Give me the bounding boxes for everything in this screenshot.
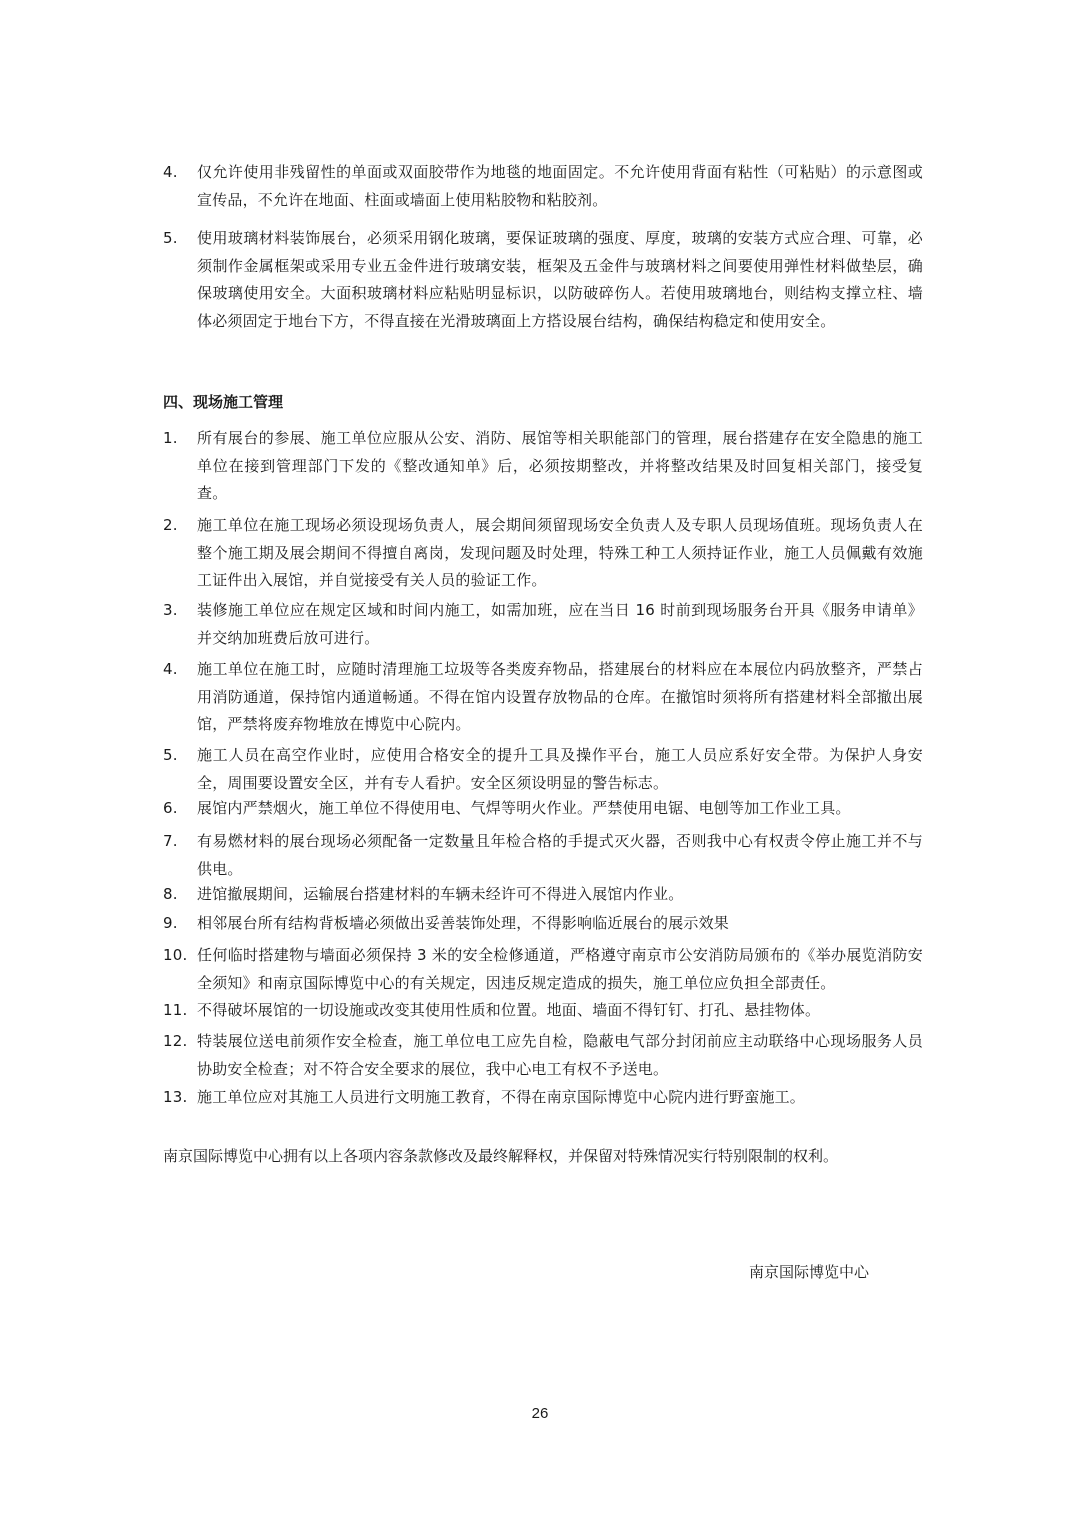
list-item: 10. 任何临时搭建物与墙面必须保持 3 米的安全检修通道，严格遵守南京市公安消…: [163, 942, 923, 997]
document-page: 4. 仅允许使用非残留性的单面或双面胶带作为地毯的地面固定。不允许使用背面有粘性…: [0, 0, 1080, 1527]
item-text: 展馆内严禁烟火，施工单位不得使用电、气焊等明火作业。严禁使用电锯、电刨等加工作业…: [197, 795, 923, 823]
list-item: 5. 使用玻璃材料装饰展台，必须采用钢化玻璃，要保证玻璃的强度、厚度，玻璃的安装…: [163, 225, 923, 335]
list-item: 12. 特装展位送电前须作安全检查，施工单位电工应先自检，隐蔽电气部分封闭前应主…: [163, 1028, 923, 1083]
list-item: 1. 所有展台的参展、施工单位应服从公安、消防、展馆等相关职能部门的管理，展台搭…: [163, 425, 923, 508]
list-item: 7. 有易燃材料的展台现场必须配备一定数量且年检合格的手提式灭火器，否则我中心有…: [163, 828, 923, 883]
item-text: 进馆撤展期间，运输展台搭建材料的车辆未经许可不得进入展馆内作业。: [197, 881, 923, 909]
item-number: 4.: [163, 656, 195, 684]
item-text: 装修施工单位应在规定区域和时间内施工，如需加班，应在当日 16 时前到现场服务台…: [197, 597, 923, 652]
item-number: 12.: [163, 1028, 195, 1056]
item-text: 施工单位应对其施工人员进行文明施工教育，不得在南京国际博览中心院内进行野蛮施工。: [197, 1084, 923, 1112]
section-heading: 四、现场施工管理: [163, 389, 283, 416]
page-number: 26: [0, 1400, 1080, 1427]
list-item: 6. 展馆内严禁烟火，施工单位不得使用电、气焊等明火作业。严禁使用电锯、电刨等加…: [163, 795, 923, 823]
item-text: 使用玻璃材料装饰展台，必须采用钢化玻璃，要保证玻璃的强度、厚度，玻璃的安装方式应…: [197, 225, 923, 335]
list-item: 2. 施工单位在施工现场必须设现场负责人，展会期间须留现场安全负责人及专职人员现…: [163, 512, 923, 595]
item-text: 仅允许使用非残留性的单面或双面胶带作为地毯的地面固定。不允许使用背面有粘性（可粘…: [197, 159, 923, 214]
item-number: 13.: [163, 1084, 195, 1112]
item-text: 任何临时搭建物与墙面必须保持 3 米的安全检修通道，严格遵守南京市公安消防局颁布…: [197, 942, 923, 997]
item-number: 1.: [163, 425, 195, 453]
list-item: 8. 进馆撤展期间，运输展台搭建材料的车辆未经许可不得进入展馆内作业。: [163, 881, 923, 909]
list-item: 9. 相邻展台所有结构背板墙必须做出妥善装饰处理，不得影响临近展台的展示效果: [163, 910, 923, 938]
item-number: 11.: [163, 997, 195, 1025]
item-number: 10.: [163, 942, 195, 970]
item-text: 施工单位在施工时，应随时清理施工垃圾等各类废弃物品，搭建展台的材料应在本展位内码…: [197, 656, 923, 739]
item-text: 施工单位在施工现场必须设现场负责人，展会期间须留现场安全负责人及专职人员现场值班…: [197, 512, 923, 595]
list-item: 11. 不得破坏展馆的一切设施或改变其使用性质和位置。地面、墙面不得钉钉、打孔、…: [163, 997, 923, 1025]
list-item: 4. 施工单位在施工时，应随时清理施工垃圾等各类废弃物品，搭建展台的材料应在本展…: [163, 656, 923, 739]
item-text: 施工人员在高空作业时，应使用合格安全的提升工具及操作平台，施工人员应系好安全带。…: [197, 742, 923, 797]
item-number: 4.: [163, 159, 195, 187]
list-item: 5. 施工人员在高空作业时，应使用合格安全的提升工具及操作平台，施工人员应系好安…: [163, 742, 923, 797]
item-text: 相邻展台所有结构背板墙必须做出妥善装饰处理，不得影响临近展台的展示效果: [197, 910, 923, 938]
item-number: 6.: [163, 795, 195, 823]
item-number: 5.: [163, 742, 195, 770]
item-text: 所有展台的参展、施工单位应服从公安、消防、展馆等相关职能部门的管理，展台搭建存在…: [197, 425, 923, 508]
closing-statement: 南京国际博览中心拥有以上各项内容条款修改及最终解释权，并保留对特殊情况实行特别限…: [163, 1143, 923, 1170]
item-number: 8.: [163, 881, 195, 909]
signature: 南京国际博览中心: [749, 1259, 869, 1286]
item-text: 不得破坏展馆的一切设施或改变其使用性质和位置。地面、墙面不得钉钉、打孔、悬挂物体…: [197, 997, 923, 1025]
list-item: 3. 装修施工单位应在规定区域和时间内施工，如需加班，应在当日 16 时前到现场…: [163, 597, 923, 652]
item-number: 3.: [163, 597, 195, 625]
list-item: 13. 施工单位应对其施工人员进行文明施工教育，不得在南京国际博览中心院内进行野…: [163, 1084, 923, 1112]
item-text: 特装展位送电前须作安全检查，施工单位电工应先自检，隐蔽电气部分封闭前应主动联络中…: [197, 1028, 923, 1083]
item-text: 有易燃材料的展台现场必须配备一定数量且年检合格的手提式灭火器，否则我中心有权责令…: [197, 828, 923, 883]
item-number: 9.: [163, 910, 195, 938]
item-number: 2.: [163, 512, 195, 540]
item-number: 7.: [163, 828, 195, 856]
item-number: 5.: [163, 225, 195, 253]
list-item: 4. 仅允许使用非残留性的单面或双面胶带作为地毯的地面固定。不允许使用背面有粘性…: [163, 159, 923, 214]
